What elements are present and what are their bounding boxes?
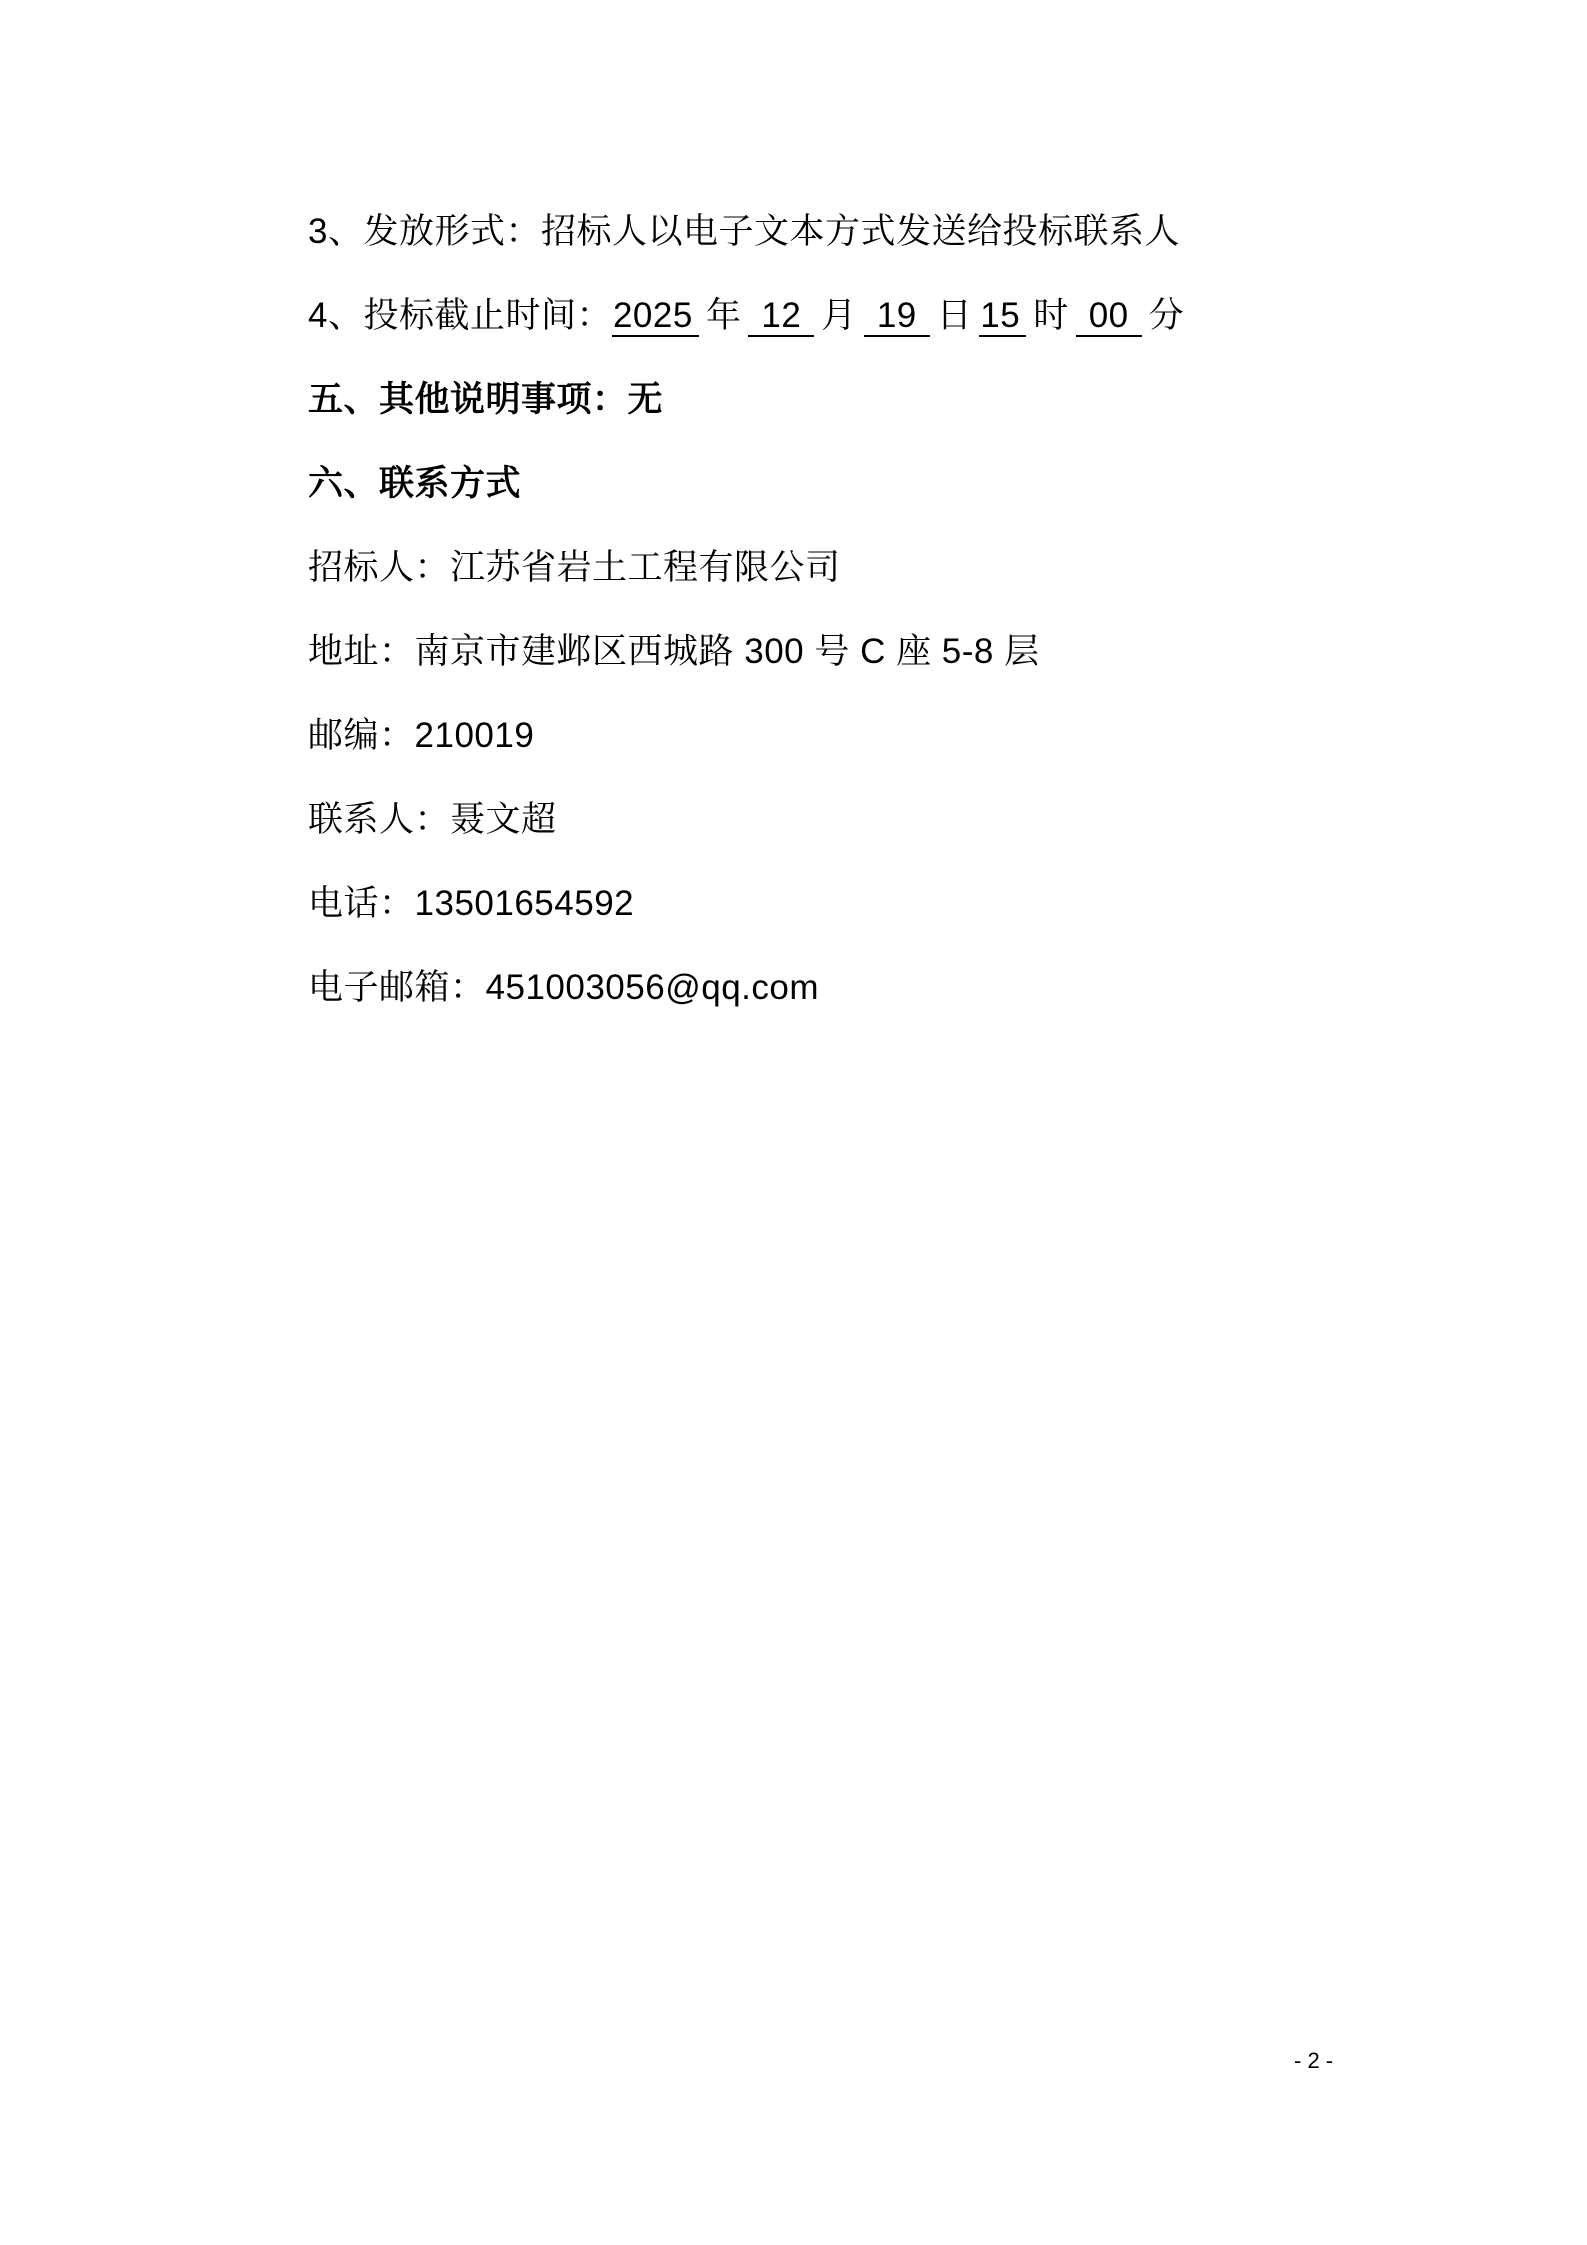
- contact-tenderer-row: 招标人：江苏省岩土工程有限公司: [308, 526, 1518, 610]
- deadline-month-unit: 月: [821, 296, 857, 335]
- section-5-heading: 五、其他说明事项：无: [308, 358, 1518, 442]
- section-6-heading: 六、联系方式: [308, 442, 1518, 526]
- email-label: 电子邮箱：: [308, 968, 486, 1007]
- email-value: 451003056@qq.com: [486, 968, 820, 1007]
- person-label: 联系人：: [308, 800, 450, 839]
- deadline-year-unit: 年: [706, 296, 742, 335]
- deadline-year-value: 2025: [612, 296, 699, 337]
- tenderer-value: 江苏省岩土工程有限公司: [450, 548, 841, 587]
- deadline-hour-value: 15: [979, 296, 1026, 337]
- address-value: 南京市建邺区西城路 300 号 C 座 5-8 层: [415, 632, 1040, 671]
- person-value: 聂文超: [450, 800, 557, 839]
- document-page: 3、发放形式：招标人以电子文本方式发送给投标联系人 4、投标截止时间：2025年…: [0, 0, 1587, 2245]
- deadline-hour-unit: 时: [1033, 296, 1069, 335]
- deadline-day-unit: 日: [937, 296, 973, 335]
- contact-address-row: 地址：南京市建邺区西城路 300 号 C 座 5-8 层: [308, 610, 1518, 694]
- deadline-month-value: 12: [748, 296, 814, 337]
- list-item-3-delivery-method: 3、发放形式：招标人以电子文本方式发送给投标联系人: [308, 190, 1518, 274]
- postcode-value: 210019: [415, 716, 535, 755]
- deadline-minute-unit: 分: [1149, 296, 1185, 335]
- contact-email-row: 电子邮箱：451003056@qq.com: [308, 946, 1518, 1030]
- tenderer-label: 招标人：: [308, 548, 450, 587]
- postcode-label: 邮编：: [308, 716, 415, 755]
- deadline-day-value: 19: [864, 296, 930, 337]
- list-item-4-bid-deadline: 4、投标截止时间：2025年12月19日15时00分: [308, 274, 1518, 358]
- phone-label: 电话：: [308, 884, 415, 923]
- contact-person-row: 联系人：聂文超: [308, 778, 1518, 862]
- contact-phone-row: 电话：13501654592: [308, 862, 1518, 946]
- document-body: 3、发放形式：招标人以电子文本方式发送给投标联系人 4、投标截止时间：2025年…: [308, 190, 1518, 1030]
- address-label: 地址：: [308, 632, 415, 671]
- page-number: - 2 -: [1294, 2046, 1333, 2076]
- contact-postcode-row: 邮编：210019: [308, 694, 1518, 778]
- deadline-label: 4、投标截止时间：: [308, 296, 612, 335]
- phone-value: 13501654592: [415, 884, 635, 923]
- deadline-minute-value: 00: [1076, 296, 1142, 337]
